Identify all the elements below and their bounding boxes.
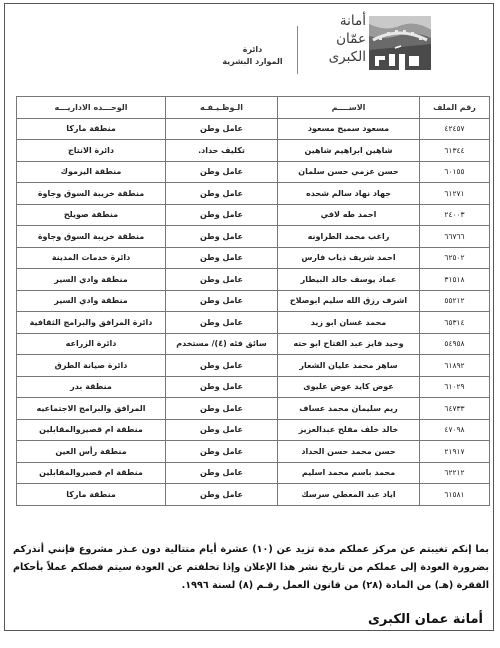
table-body: ٤٢٤٥٧مسعود سميح مسعودعامل وطنمنطقة ماركا… <box>17 118 490 505</box>
file-number-cell: ٦٢٥٠٢ <box>420 247 490 269</box>
table-row: ٤٧٠٩٨خالد خلف مفلح عبدالعزيزعامل وطنمنطق… <box>17 419 490 441</box>
table-row: ٦١٣٤٤شاهين ابراهيم شاهينتكليف حداد.دائرة… <box>17 140 490 162</box>
table-row: ٢١٩١٧حسن محمد حسن الحدادعامل وطنمنطقة رأ… <box>17 441 490 463</box>
table-row: ٦١٨٩٢ساهر محمد عليان الشعارعامل وطندائرة… <box>17 355 490 377</box>
logo-wordmark: أمانة عمّان الكبرى <box>310 12 366 66</box>
table-row: ٦٢٥٠٢احمد شريف ذياب فارسعامل وطندائرة خد… <box>17 247 490 269</box>
file-number-cell: ٤٢٤٥٧ <box>420 118 490 140</box>
table-row: ٣١٥١٨عماد يوسف خالد البيطارعامل وطنمنطقة… <box>17 269 490 291</box>
unit-cell: دائرة صيانة الطرق <box>17 355 166 377</box>
name-cell: اشرف رزق الله سليم ابوصلاح <box>278 290 420 312</box>
unit-cell: منطقة ماركا <box>17 484 166 506</box>
column-header-name: الاســــم <box>278 97 420 119</box>
job-cell: عامل وطن <box>166 204 278 226</box>
unit-cell: منطقة صويلح <box>17 204 166 226</box>
file-number-cell: ٢١٩١٧ <box>420 441 490 463</box>
employees-table: رقم الملف الاســــم الـوظـيـفـه الوحـــد… <box>16 96 490 506</box>
name-cell: محمد باسم محمد اسليم <box>278 462 420 484</box>
file-number-cell: ٦٤٧٣٣ <box>420 398 490 420</box>
file-number-cell: ٦٢٢١٢ <box>420 462 490 484</box>
job-cell: عامل وطن <box>166 269 278 291</box>
name-cell: شاهين ابراهيم شاهين <box>278 140 420 162</box>
job-cell: عامل وطن <box>166 398 278 420</box>
name-cell: حسن عزمي حسن سلمان <box>278 161 420 183</box>
table-row: ٦٥٣١٤محمد غسان ابو زيدعامل وطندائرة المر… <box>17 312 490 334</box>
table-row: ٦٤٧٣٣ريم سليمان محمد عسافعامل وطنالمرافق… <box>17 398 490 420</box>
file-number-cell: ٦٦٧٦٦ <box>420 226 490 248</box>
table-row: ٦١٠٢٩عوض كايد عوض عليوىعامل وطنمنطقة بدر <box>17 376 490 398</box>
unit-cell: دائرة المرافق والبرامج الثقافية <box>17 312 166 334</box>
file-number-cell: ٥٥٢١٢ <box>420 290 490 312</box>
job-cell: عامل وطن <box>166 419 278 441</box>
logo-line-3: الكبرى <box>310 48 366 66</box>
name-cell: عماد يوسف خالد البيطار <box>278 269 420 291</box>
announcement-frame: أمانة عمّان الكبرى دائرة الموارد البشرية… <box>4 3 494 631</box>
unit-cell: منطقة ام قصيروالمقابلين <box>17 462 166 484</box>
job-cell: تكليف حداد. <box>166 140 278 162</box>
job-cell: عامل وطن <box>166 226 278 248</box>
unit-cell: منطقة خريبة السوق وجاوة <box>17 183 166 205</box>
name-cell: محمد غسان ابو زيد <box>278 312 420 334</box>
signature: أمانة عمان الكبرى <box>368 612 483 627</box>
department-line-2: الموارد البشرية <box>215 56 290 68</box>
job-cell: عامل وطن <box>166 441 278 463</box>
unit-cell: دائرة الزراعه <box>17 333 166 355</box>
name-cell: ساهر محمد عليان الشعار <box>278 355 420 377</box>
table-row: ٦١٢٧١جهاد نهاد سالم شحدهعامل وطنمنطقة خر… <box>17 183 490 205</box>
job-cell: عامل وطن <box>166 247 278 269</box>
job-cell: عامل وطن <box>166 290 278 312</box>
logo-line-2: عمّان <box>310 30 366 48</box>
job-cell: عامل وطن <box>166 161 278 183</box>
name-cell: ريم سليمان محمد عساف <box>278 398 420 420</box>
name-cell: اياد عبد المعطي سرسك <box>278 484 420 506</box>
file-number-cell: ٦٥٣١٤ <box>420 312 490 334</box>
file-number-cell: ٦١٣٤٤ <box>420 140 490 162</box>
file-number-cell: ٤٧٠٩٨ <box>420 419 490 441</box>
unit-cell: منطقة خريبة السوق وجاوة <box>17 226 166 248</box>
table-row: ٦٢٢١٢محمد باسم محمد اسليمعامل وطنمنطقة ا… <box>17 462 490 484</box>
job-cell: عامل وطن <box>166 118 278 140</box>
file-number-cell: ٦١٥٨١ <box>420 484 490 506</box>
name-cell: احمد شريف ذياب فارس <box>278 247 420 269</box>
table-header-row: رقم الملف الاســــم الـوظـيـفـه الوحـــد… <box>17 97 490 119</box>
name-cell: عوض كايد عوض عليوى <box>278 376 420 398</box>
name-cell: وحيد فايز عبد الفتاح ابو حته <box>278 333 420 355</box>
unit-cell: دائرة الانتاج <box>17 140 166 162</box>
file-number-cell: ٣١٥١٨ <box>420 269 490 291</box>
file-number-cell: ٦١٨٩٢ <box>420 355 490 377</box>
column-header-unit: الوحـــده الاداريـــه <box>17 97 166 119</box>
name-cell: حسن محمد حسن الحداد <box>278 441 420 463</box>
job-cell: سائق فئه (٤)/ مستخدم <box>166 333 278 355</box>
job-cell: عامل وطن <box>166 355 278 377</box>
table-row: ٦٦٧٦٦راغب محمد الطراونهعامل وطنمنطقة خري… <box>17 226 490 248</box>
column-header-job: الـوظـيـفـه <box>166 97 278 119</box>
file-number-cell: ٦١٠٢٩ <box>420 376 490 398</box>
unit-cell: منطقة رأس العين <box>17 441 166 463</box>
file-number-cell: ٢٤٠٠٣ <box>420 204 490 226</box>
file-number-cell: ٦٠١٥٥ <box>420 161 490 183</box>
job-cell: عامل وطن <box>166 376 278 398</box>
table-row: ٦٠١٥٥حسن عزمي حسن سلمانعامل وطنمنطقة الي… <box>17 161 490 183</box>
unit-cell: منطقة ام قصيروالمقابلين <box>17 419 166 441</box>
name-cell: راغب محمد الطراونه <box>278 226 420 248</box>
table-row: ٦١٥٨١اياد عبد المعطي سرسكعامل وطنمنطقة م… <box>17 484 490 506</box>
unit-cell: منطقة ماركا <box>17 118 166 140</box>
unit-cell: منطقة اليرموك <box>17 161 166 183</box>
column-header-file-number: رقم الملف <box>420 97 490 119</box>
unit-cell: منطقة وادي السير <box>17 269 166 291</box>
letterhead: أمانة عمّان الكبرى دائرة الموارد البشرية <box>5 4 493 92</box>
name-cell: جهاد نهاد سالم شحده <box>278 183 420 205</box>
table-row: ٤٢٤٥٧مسعود سميح مسعودعامل وطنمنطقة ماركا <box>17 118 490 140</box>
department-name: دائرة الموارد البشرية <box>215 44 290 68</box>
unit-cell: منطقة وادي السير <box>17 290 166 312</box>
notice-text: بما إنكم تغيبتم عن مركز عملكم مدة تزيد ع… <box>13 541 489 595</box>
name-cell: خالد خلف مفلح عبدالعزيز <box>278 419 420 441</box>
file-number-cell: ٦١٢٧١ <box>420 183 490 205</box>
logo-line-1: أمانة <box>310 12 366 30</box>
header-divider <box>297 26 298 74</box>
notice-paragraph: بما إنكم تغيبتم عن مركز عملكم مدة تزيد ع… <box>13 541 489 595</box>
table-row: ٥٥٢١٢اشرف رزق الله سليم ابوصلاحعامل وطنم… <box>17 290 490 312</box>
table-row: ٥٤٩٥٨وحيد فايز عبد الفتاح ابو حتهسائق فئ… <box>17 333 490 355</box>
table-row: ٢٤٠٠٣احمد طه لافيعامل وطنمنطقة صويلح <box>17 204 490 226</box>
amman-logo-icon <box>365 10 435 74</box>
unit-cell: المرافق والبرامج الاجتماعيه <box>17 398 166 420</box>
job-cell: عامل وطن <box>166 183 278 205</box>
employees-table-container: رقم الملف الاســــم الـوظـيـفـه الوحـــد… <box>16 96 489 506</box>
department-line-1: دائرة <box>215 44 290 56</box>
job-cell: عامل وطن <box>166 462 278 484</box>
unit-cell: دائرة خدمات المدينة <box>17 247 166 269</box>
file-number-cell: ٥٤٩٥٨ <box>420 333 490 355</box>
job-cell: عامل وطن <box>166 312 278 334</box>
name-cell: مسعود سميح مسعود <box>278 118 420 140</box>
unit-cell: منطقة بدر <box>17 376 166 398</box>
name-cell: احمد طه لافي <box>278 204 420 226</box>
job-cell: عامل وطن <box>166 484 278 506</box>
